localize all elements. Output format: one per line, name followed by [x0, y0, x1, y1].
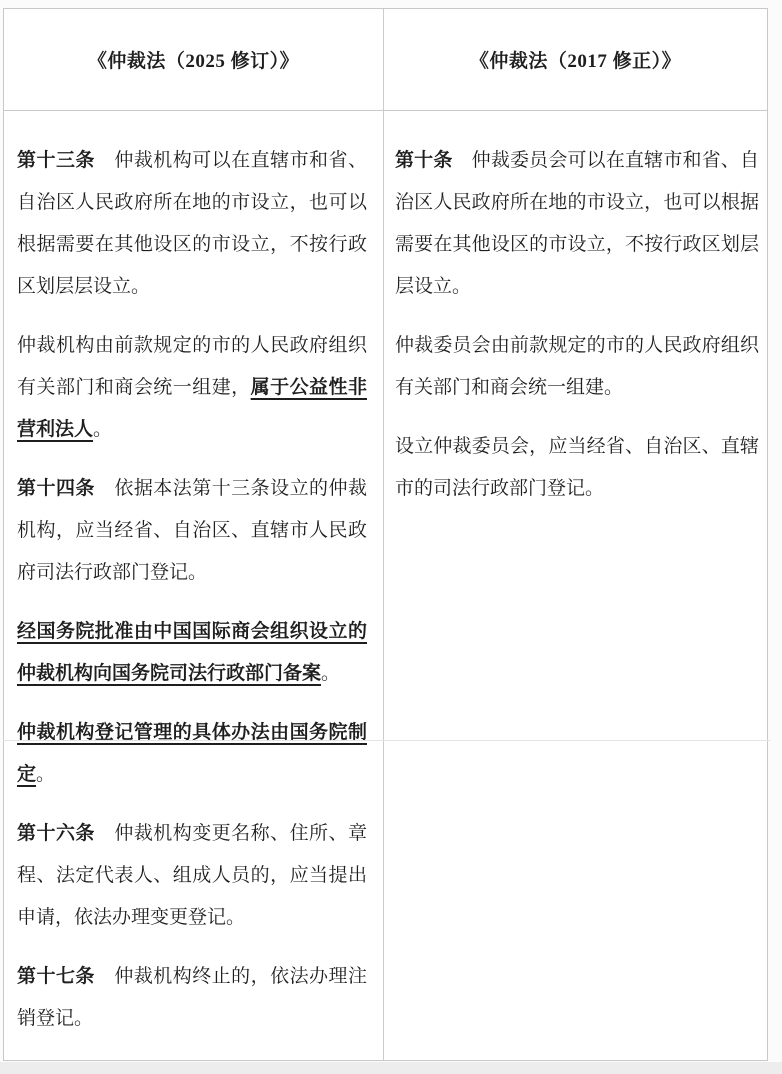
law-paragraph: 仲裁机构登记管理的具体办法由国务院制定。: [17, 712, 367, 796]
law-paragraph: 第十条 仲裁委员会可以在直辖市和省、自治区人民政府所在地的市设立，也可以根据需要…: [395, 140, 759, 308]
document-page: 《仲裁法（2025 修订）》 《仲裁法（2017 修正）》 第十三条 仲裁机构可…: [0, 0, 782, 1074]
article-number: 第十三条: [17, 150, 95, 171]
inserted-provision-text: 经国务院批准由中国国际商会组织设立的仲裁机构向国务院司法行政部门备案: [17, 621, 367, 684]
law-paragraph: 仲裁机构由前款规定的市的人民政府组织有关部门和商会统一组建，属于公益性非营利法人…: [17, 325, 367, 451]
provision-text: 仲裁机构可以在直辖市和省、自治区人民政府所在地的市设立，也可以根据需要在其他设区…: [17, 150, 367, 297]
law-paragraph: 设立仲裁委员会，应当经省、自治区、直辖市的司法行政部门登记。: [395, 426, 759, 510]
law-comparison-table: 《仲裁法（2025 修订）》 《仲裁法（2017 修正）》 第十三条 仲裁机构可…: [3, 8, 768, 1061]
header-law-2017: 《仲裁法（2017 修正）》: [384, 9, 767, 111]
law-paragraph: 第十六条 仲裁机构变更名称、住所、章程、法定代表人、组成人员的，应当提出申请，依…: [17, 813, 367, 939]
page-seam-divider: [3, 740, 770, 741]
law-paragraph: 第十七条 仲裁机构终止的，依法办理注销登记。: [17, 956, 367, 1040]
header-law-2025: 《仲裁法（2025 修订）》: [4, 9, 384, 111]
provision-text: 仲裁委员会由前款规定的市的人民政府组织有关部门和商会统一组建。: [395, 335, 759, 398]
provision-text: 。: [321, 663, 340, 684]
article-number: 第十七条: [17, 966, 95, 987]
provision-text: 。: [93, 419, 112, 440]
provision-text: 仲裁委员会可以在直辖市和省、自治区人民政府所在地的市设立，也可以根据需要在其他设…: [395, 150, 759, 297]
law-paragraph: 第十四条 依据本法第十三条设立的仲裁机构，应当经省、自治区、直辖市人民政府司法行…: [17, 468, 367, 594]
provision-text: 设立仲裁委员会，应当经省、自治区、直辖市的司法行政部门登记。: [395, 436, 759, 499]
page-bottom-edge: [0, 1062, 782, 1074]
article-number: 第十条: [395, 150, 453, 171]
law-paragraph: 第十三条 仲裁机构可以在直辖市和省、自治区人民政府所在地的市设立，也可以根据需要…: [17, 140, 367, 308]
provision-text: 。: [36, 764, 55, 785]
law-paragraph: 仲裁委员会由前款规定的市的人民政府组织有关部门和商会统一组建。: [395, 325, 759, 409]
law-paragraph: 经国务院批准由中国国际商会组织设立的仲裁机构向国务院司法行政部门备案。: [17, 611, 367, 695]
column-law-2025-content: 第十三条 仲裁机构可以在直辖市和省、自治区人民政府所在地的市设立，也可以根据需要…: [4, 111, 384, 1060]
inserted-provision-text: 仲裁机构登记管理的具体办法由国务院制定: [17, 722, 367, 785]
column-law-2017-content: 第十条 仲裁委员会可以在直辖市和省、自治区人民政府所在地的市设立，也可以根据需要…: [384, 111, 767, 1060]
article-number: 第十四条: [17, 478, 95, 499]
article-number: 第十六条: [17, 823, 95, 844]
